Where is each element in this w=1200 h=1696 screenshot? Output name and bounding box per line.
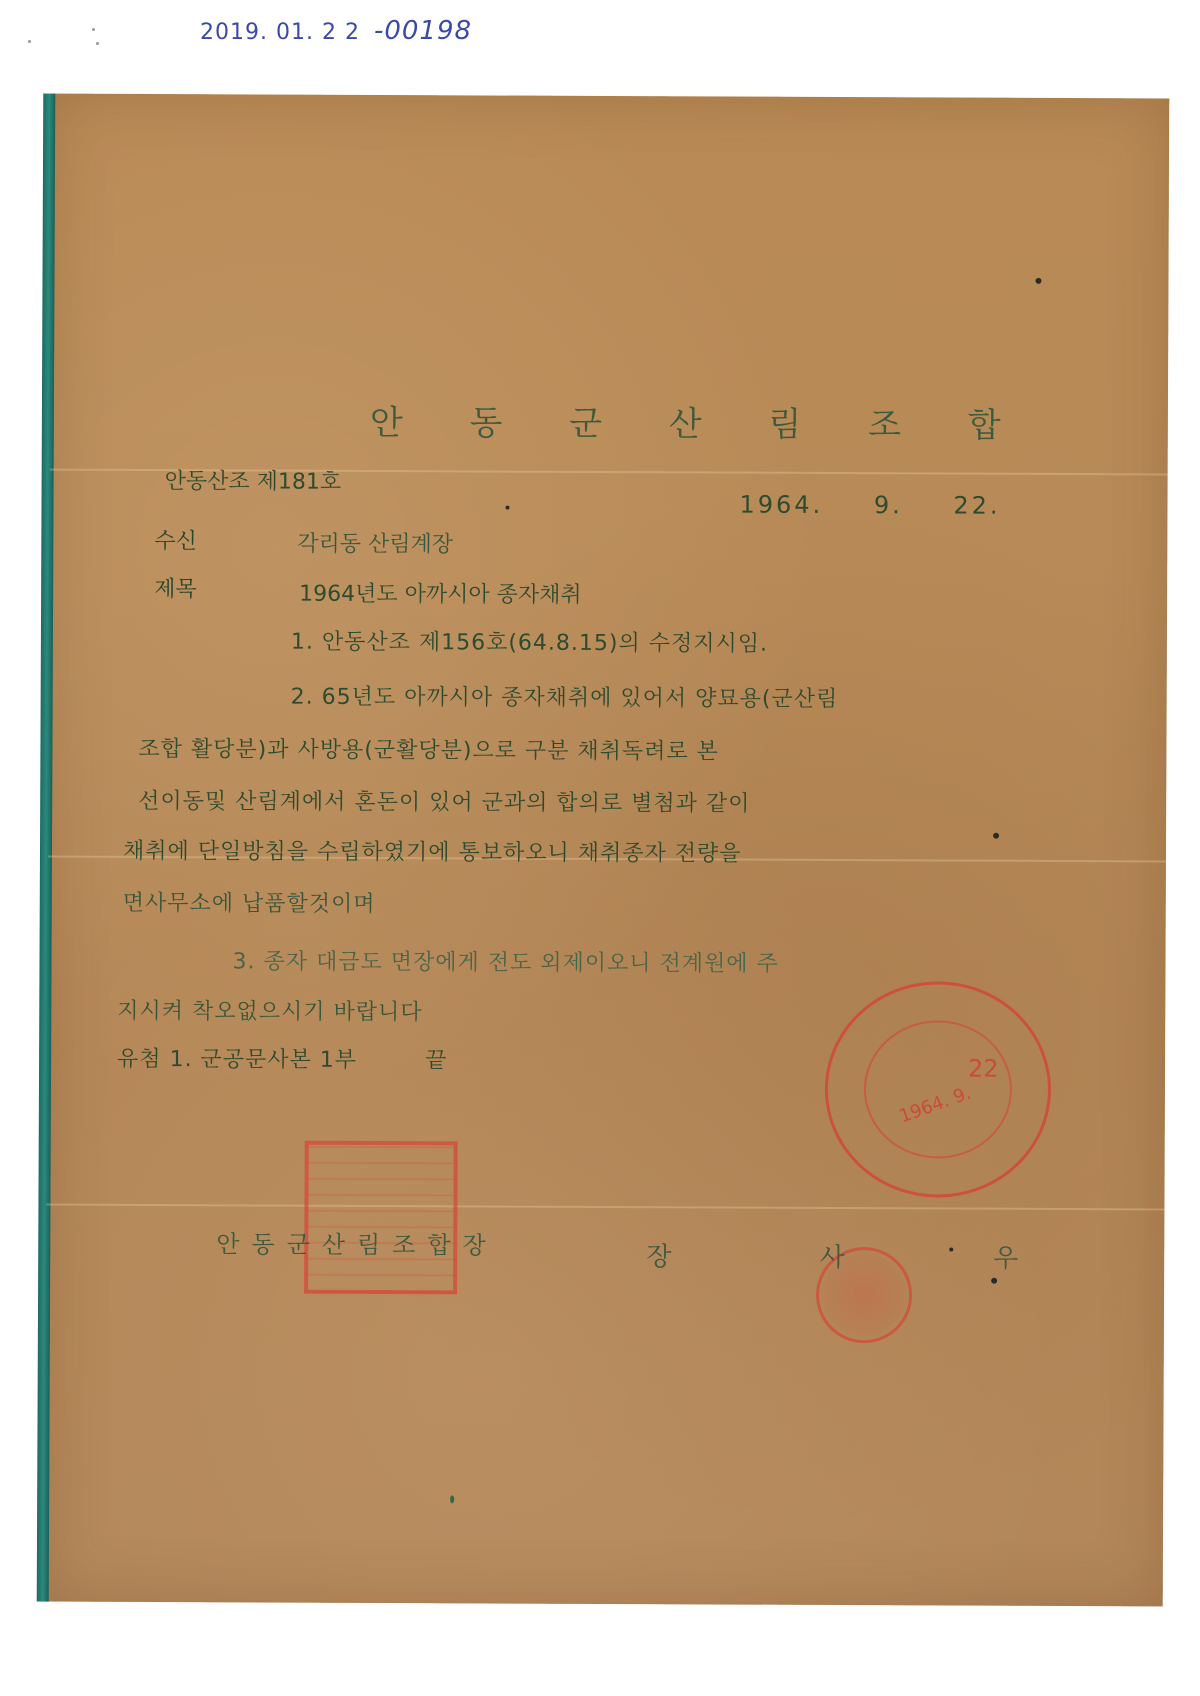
binding-edge <box>37 94 56 1602</box>
signer-organization: 안동군산림조합장 <box>216 1224 498 1260</box>
recipient-value: 각리동 산림계장 <box>297 527 453 559</box>
signer-name: 장 사 우 <box>646 1236 1088 1275</box>
reference-number: 안동산조 제181호 <box>165 464 342 496</box>
body-line: 선이동및 산림계에서 혼돈이 있어 군과의 합의로 별첨과 같이 <box>138 784 750 818</box>
seal-inner-ring <box>864 1020 1013 1159</box>
subject-label: 제목 <box>154 572 197 603</box>
body-line: 2. 65년도 아까시아 종자채취에 있어서 양묘용(군산림 <box>291 680 839 713</box>
ink-dot <box>991 1278 997 1284</box>
ink-dot <box>1035 278 1041 284</box>
document-paper: 안 동 군 산 림 조 합 안동산조 제181호 1964. 9. 22. 수신… <box>45 94 1170 1607</box>
ink-dot <box>993 833 999 839</box>
body-line: 채취에 단일방침을 수립하였기에 통보하오니 채취종자 전량을 <box>123 834 742 868</box>
end-mark: 끝 <box>425 1048 447 1073</box>
round-date-seal: 1964. 9. 22 <box>824 981 1051 1198</box>
subject-value: 1964년도 아까시아 종자채취 <box>299 577 582 609</box>
archive-serial: -00198 <box>374 16 472 46</box>
scan-speck <box>28 40 31 43</box>
body-line: 지시켜 착오없으시기 바랍니다 <box>117 994 422 1026</box>
date-month: 9. <box>874 491 903 519</box>
attachment-value: 1. 군공문사본 1부 <box>170 1047 358 1073</box>
scan-speck <box>92 28 95 31</box>
scan-speck <box>96 42 99 45</box>
body-line: 1. 안동산조 제156호(64.8.15)의 수정지시임. <box>291 625 768 658</box>
attachment-label: 유첨 <box>117 1047 162 1072</box>
archive-stamp: 2019. 01. 2 2 -00198 <box>200 16 472 46</box>
body-line: 조합 활당분)과 사방용(군활당분)으로 구분 채취독려로 본 <box>138 732 719 766</box>
document-date: 1964. 9. 22. <box>739 491 1040 520</box>
ink-dot <box>450 1495 454 1503</box>
document-title: 안 동 군 산 림 조 합 <box>370 395 1029 447</box>
date-day: 22. <box>953 492 1000 520</box>
body-line: 3. 종자 대금도 면장에게 전도 외제이오니 전계원에 주 <box>232 944 778 977</box>
attachment-line: 유첨 1. 군공문사본 1부 끝 <box>117 1042 447 1074</box>
square-seal <box>304 1141 458 1295</box>
fold-line <box>46 1204 1164 1211</box>
ink-dot <box>949 1247 953 1251</box>
seal-day: 22 <box>968 1055 999 1083</box>
date-year: 1964. <box>739 491 823 519</box>
body-line: 면사무소에 납품할것이며 <box>123 886 376 918</box>
ink-dot <box>505 506 509 510</box>
archive-date: 2019. 01. 2 2 <box>200 20 360 45</box>
recipient-label: 수신 <box>154 524 197 555</box>
